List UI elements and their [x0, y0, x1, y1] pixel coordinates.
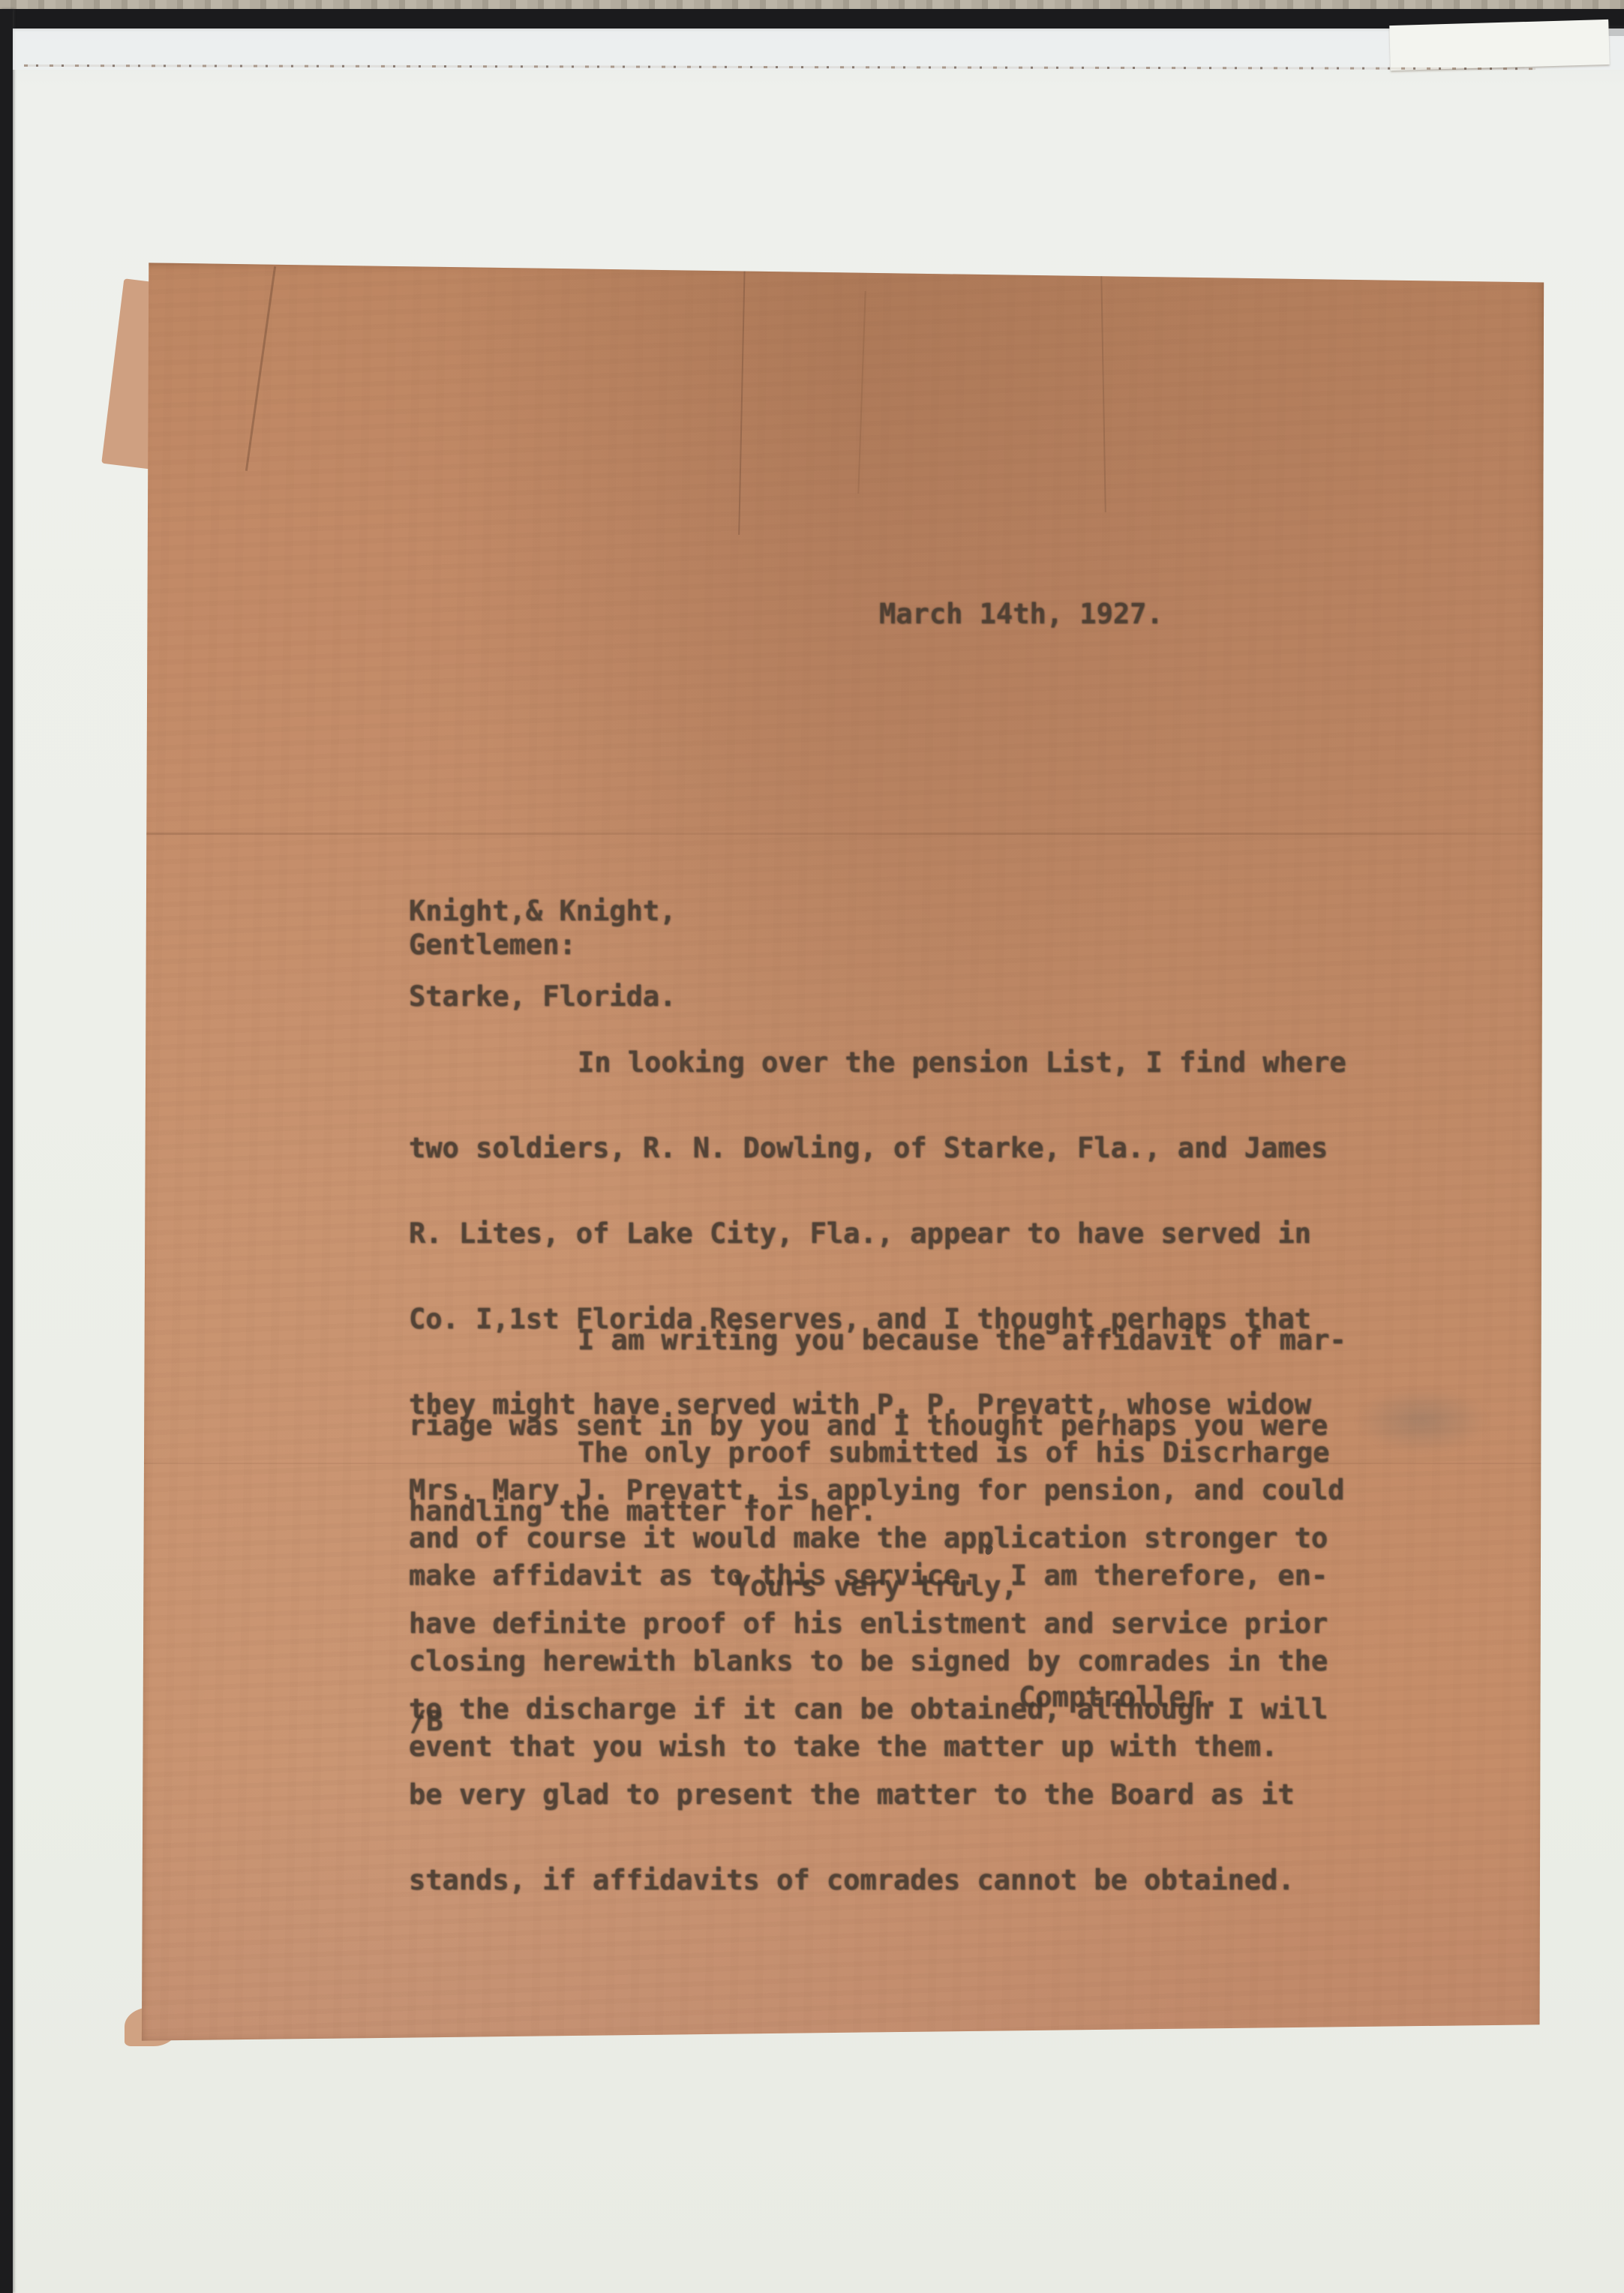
- body-line: I am writing you because the affidavit o…: [409, 1326, 1346, 1355]
- complimentary-closing: Yours very truly,: [734, 1572, 1018, 1601]
- salutation: Gentlemen:: [409, 931, 576, 959]
- body-line: In looking over the pension List, I find…: [409, 1049, 1346, 1077]
- body-line: The only proof submitted is of his Discr…: [409, 1439, 1329, 1467]
- fold-crease: [141, 833, 1545, 835]
- gray-smudge: [1334, 1377, 1510, 1463]
- body-line: R. Lites, of Lake City, Fla., appear to …: [409, 1220, 1346, 1248]
- scanner-glass-glare: [13, 29, 1624, 70]
- signature-title: Comptroller.: [1019, 1683, 1219, 1712]
- body-line: stands, if affidavits of comrades cannot…: [409, 1866, 1329, 1895]
- body-line: two soldiers, R. N. Dowling, of Starke, …: [409, 1134, 1346, 1163]
- letter-paper: March 14th, 1927. Knight,& Knight, Stark…: [141, 261, 1545, 2042]
- body-line: be very glad to present the matter to th…: [409, 1781, 1329, 1809]
- date-line: March 14th, 1927.: [879, 600, 1163, 629]
- recipient-line: Knight,& Knight,: [409, 897, 676, 926]
- body-line: and of course it would make the applicat…: [409, 1524, 1329, 1553]
- scanner-edge-left: [0, 9, 13, 2293]
- body-paragraph-3: The only proof submitted is of his Discr…: [409, 1382, 1329, 1952]
- body-line: have definite proof of his enlistment an…: [409, 1610, 1329, 1638]
- scanner-platen-bar: [0, 9, 1624, 29]
- scanned-letter-page: March 14th, 1927. Knight,& Knight, Stark…: [0, 0, 1624, 2293]
- typist-initials: /B: [410, 1707, 443, 1736]
- scanner-label-strip: [1389, 20, 1610, 71]
